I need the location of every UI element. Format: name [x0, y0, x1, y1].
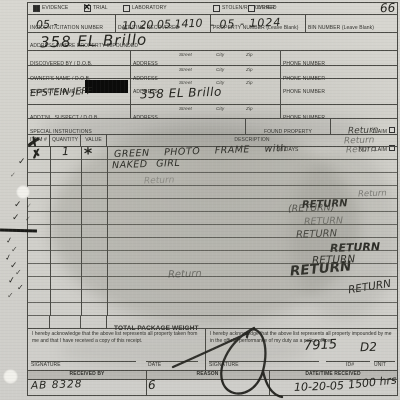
item-table-body: [28, 147, 397, 316]
incident-number-label: INCIDENT/CITATION NUMBER: [30, 26, 103, 32]
total-desc-cell: TOTAL PACKAGE WEIGHT: [107, 316, 397, 328]
received-header-strip: RECEIVED BY REASON DATE/TIME RECEIVED: [28, 371, 397, 380]
found-property-cell: FOUND PROPERTY 90 DAYS: [246, 119, 331, 134]
datetime-recovered-label: DATE/TIME RECOVERED: [118, 26, 179, 32]
total-value-cell: [81, 316, 107, 328]
owner-phone-cell: PHONE NUMBER: [281, 66, 397, 78]
hole-punch: [3, 369, 18, 384]
hole-punch: [16, 185, 30, 199]
property-receipt-form: EVIDENCE TRIAL LABORATORY STOLEN/RECOVER…: [27, 2, 398, 396]
claim-cell: CLAIM NOT CLAIM: [331, 119, 397, 134]
laboratory-checkbox[interactable]: [123, 5, 130, 12]
total-item-cell: [28, 316, 50, 328]
item-table-header: ITEM # QUANTITY VALUE DESCRIPTION: [28, 135, 397, 147]
additional-phone-cell: PHONE NUMBER: [281, 105, 397, 118]
unit-label: UNIT: [374, 363, 386, 369]
margin-checkmark: ✓: [7, 292, 14, 300]
description-header-label: DESCRIPTION: [234, 138, 269, 144]
suspect-name-cell: SUSPECT'S NAME / D.O.B. /: [28, 79, 131, 104]
id-label: ID#: [346, 363, 354, 369]
ack-left-text: I hereby acknowledge that the above list…: [28, 329, 205, 346]
zip-label: Zip: [246, 67, 253, 72]
signature-label: SIGNATURE: [209, 363, 239, 369]
margin-checkmark: ✓: [5, 236, 13, 245]
total-qty-cell: [50, 316, 81, 328]
acknowledgment-row: I hereby acknowledge that the above list…: [28, 329, 397, 371]
ack-right-text: I hereby acknowledge that the above list…: [206, 329, 397, 346]
value-header: VALUE: [81, 135, 107, 146]
owner-name-cell: OWNER'S NAME / D.O.B.: [28, 66, 131, 78]
suspect-phone-cell: PHONE NUMBER: [281, 79, 397, 104]
additional-address-cell: ADDRESS Street City Zip: [131, 105, 281, 118]
date-label: DATE: [148, 363, 161, 369]
margin-checkmark: ✓: [17, 284, 24, 292]
zip-label: Zip: [246, 52, 253, 57]
received-by-label: RECEIVED BY: [70, 372, 105, 378]
additional-suspect-row: ADDT'NL. SUSPECT / D.O.B. ADDRESS Street…: [28, 105, 397, 119]
classification-row: EVIDENCE TRIAL LABORATORY STOLEN/RECOVER…: [28, 3, 397, 15]
evidence-option: EVIDENCE: [33, 5, 68, 12]
discovered-by-row: DISCOVERED BY / D.O.B. ADDRESS Street Ci…: [28, 51, 397, 66]
received-row: RECEIVED BY REASON DATE/TIME RECEIVED: [28, 371, 397, 395]
margin-checkmark: ✓: [4, 253, 12, 262]
margin-checkmark: ✓: [10, 172, 16, 179]
margin-checkmark: ✓: [11, 246, 18, 254]
property-number-label: PROPERTY NUMBER (Leave Blank): [213, 26, 299, 32]
property-number-cell: PROPERTY NUMBER (Leave Blank): [211, 15, 306, 32]
item-number-header: ITEM #: [28, 135, 50, 146]
trial-option: TRIAL: [84, 5, 108, 12]
datetime-received-label: DATE/TIME RECEIVED: [305, 372, 360, 378]
phone-label: PHONE NUMBER: [283, 90, 325, 96]
discovered-address-cell: ADDRESS Street City Zip: [131, 51, 281, 65]
zip-label: Zip: [246, 80, 253, 85]
owner-row: OWNER'S NAME / D.O.B. ADDRESS Street Cit…: [28, 66, 397, 79]
margin-checkmark: ✓: [7, 277, 16, 287]
margin-checkmark: ✓: [18, 158, 26, 167]
quantity-header: QUANTITY: [50, 135, 81, 146]
trial-label: TRIAL: [93, 6, 108, 12]
item-number-header-label: ITEM #: [30, 138, 47, 144]
column-divider: [146, 371, 147, 395]
impound-address-row: ADDRESS WHERE PROPERTY IMPOUNDED: [28, 33, 397, 51]
bin-number-label: BIN NUMBER (Leave Blank): [308, 26, 374, 32]
street-label: Street: [179, 52, 192, 57]
street-label: Street: [179, 106, 192, 111]
evidence-label: EVIDENCE: [42, 6, 68, 12]
suspect-name-label: SUSPECT'S NAME / D.O.B. /: [30, 90, 98, 96]
zip-label: Zip: [246, 106, 253, 111]
column-divider: [107, 147, 108, 316]
evidence-checkbox[interactable]: [33, 5, 40, 12]
discovered-by-cell: DISCOVERED BY / D.O.B.: [28, 51, 131, 65]
signature-label: SIGNATURE: [31, 363, 61, 369]
claim-checkbox[interactable]: [389, 127, 395, 133]
street-label: Street: [179, 67, 192, 72]
additional-suspect-cell: ADDT'NL. SUSPECT / D.O.B.: [28, 105, 131, 118]
incident-number-cell: INCIDENT/CITATION NUMBER: [28, 15, 116, 32]
owner-address-cell: ADDRESS Street City Zip: [131, 66, 281, 78]
impound-address-cell: ADDRESS WHERE PROPERTY IMPOUNDED: [28, 33, 397, 50]
description-header: DESCRIPTION: [107, 135, 397, 146]
laboratory-option: LABORATORY: [123, 5, 167, 12]
margin-checkmark: ✓: [15, 269, 22, 277]
suspect-row: SUSPECT'S NAME / D.O.B. / ADDRESS Street…: [28, 79, 397, 105]
ack-left-cell: I hereby acknowledge that the above list…: [28, 329, 206, 370]
datetime-recovered-cell: DATE/TIME RECOVERED: [116, 15, 211, 32]
city-label: City: [216, 106, 224, 111]
laboratory-label: LABORATORY: [132, 6, 167, 12]
city-label: City: [216, 52, 224, 57]
discovered-phone-cell: PHONE NUMBER: [281, 51, 397, 65]
suspect-address-cell: ADDRESS Street City Zip: [131, 79, 281, 104]
column-divider: [269, 371, 270, 395]
other-option: OTHER: [248, 5, 275, 12]
quantity-header-label: QUANTITY: [52, 138, 78, 144]
numbers-row: INCIDENT/CITATION NUMBER DATE/TIME RECOV…: [28, 15, 397, 33]
other-checkbox[interactable]: [248, 5, 255, 12]
value-header-label: VALUE: [85, 138, 102, 144]
margin-checkmark: ✓: [12, 214, 20, 223]
trial-checkbox[interactable]: [84, 5, 91, 12]
impound-address-label: ADDRESS WHERE PROPERTY IMPOUNDED: [30, 44, 138, 50]
column-divider: [50, 147, 51, 316]
total-weight-row: TOTAL PACKAGE WEIGHT: [28, 316, 397, 329]
stolen-recovered-checkbox[interactable]: [213, 5, 220, 12]
ack-right-cell: I hereby acknowledge that the above list…: [206, 329, 397, 370]
street-label: Street: [179, 80, 192, 85]
scanned-evidence-form: EVIDENCE TRIAL LABORATORY STOLEN/RECOVER…: [0, 0, 400, 400]
column-divider: [81, 147, 82, 316]
city-label: City: [216, 67, 224, 72]
other-label: OTHER: [257, 6, 275, 12]
address-label: ADDRESS: [133, 90, 158, 96]
bin-number-cell: BIN NUMBER (Leave Blank): [306, 15, 397, 32]
reason-label: REASON: [197, 372, 219, 378]
special-instructions-cell: SPECIAL INSTRUCTIONS: [28, 119, 246, 134]
special-instructions-row: SPECIAL INSTRUCTIONS FOUND PROPERTY 90 D…: [28, 119, 397, 135]
margin-checkmark: ✓: [10, 262, 18, 271]
city-label: City: [216, 80, 224, 85]
margin-checkmark: ✓: [14, 201, 22, 210]
